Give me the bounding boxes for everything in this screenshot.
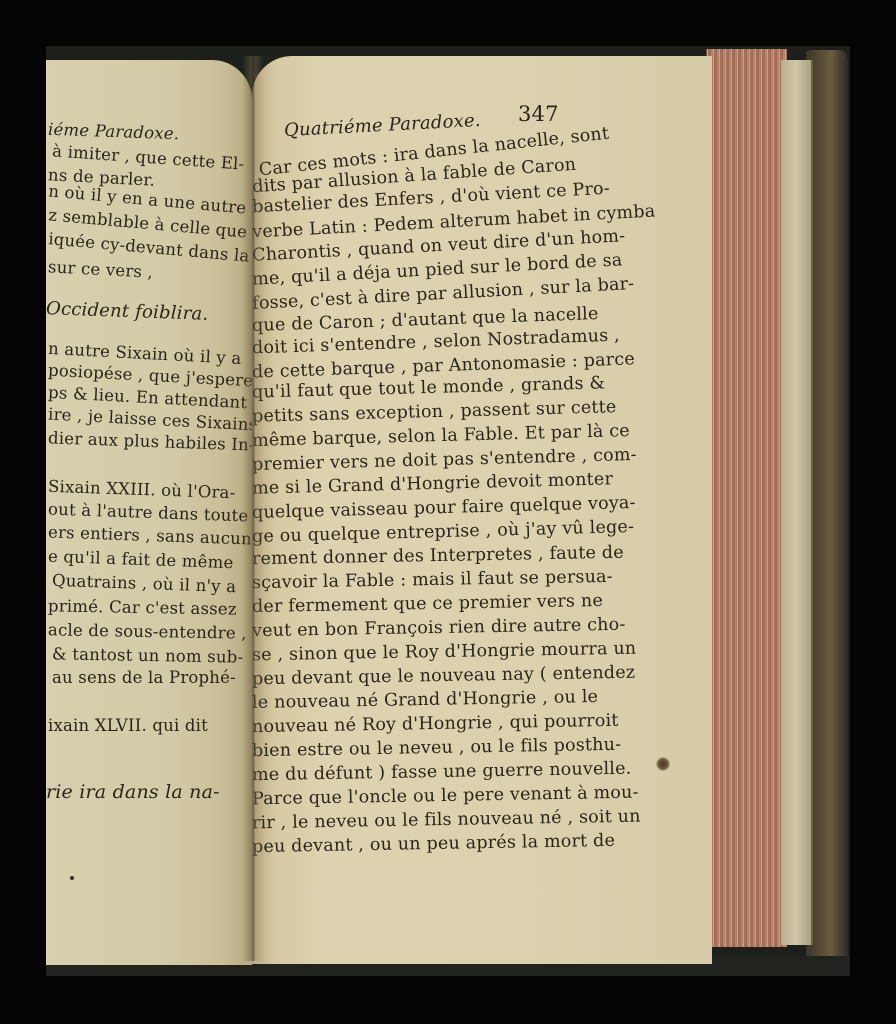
right-line: me du défunt ) fasse une guerre nouvelle… <box>252 759 632 786</box>
red-sprinkled-page-edges <box>706 49 787 947</box>
right-line: der fermement que ce premier vers ne <box>252 591 603 617</box>
endpaper-flyleaf <box>781 60 813 945</box>
right-line: nouveau né Roy d'Hongrie , qui pourroit <box>252 711 619 737</box>
right-line: peu devant que le nouveau nay ( entendez <box>252 663 636 690</box>
right-line: rir , le neveu ou le fils nouveau né , s… <box>252 807 641 834</box>
photo-frame: iéme Paradoxe. à imiter , que cette El- … <box>46 46 850 976</box>
right-line: le nouveau né Grand d'Hongrie , ou le <box>252 687 598 713</box>
left-verse-quote: rie ira dans la na- <box>46 782 220 802</box>
left-line: acle de sous-entendre , <box>48 620 247 643</box>
left-line: out à l'autre dans toute <box>48 500 249 527</box>
right-line: veut en bon François rien dire autre cho… <box>252 615 626 642</box>
left-line: e qu'il a fait de même <box>48 547 234 573</box>
left-line: sur ce vers , <box>48 257 154 282</box>
right-running-head: Quatriéme Paradoxe. <box>284 111 482 141</box>
left-verse-heading: Occident foiblira. <box>46 299 209 325</box>
right-page: Quatriéme Paradoxe. 347 Car ces mots : i… <box>252 56 712 964</box>
left-line: au sens de la Prophé- <box>52 668 236 688</box>
left-line: Sixain XXIII. où l'Ora- <box>48 477 236 504</box>
right-line: rement donner des Interpretes , faute de <box>252 543 624 569</box>
book-gutter <box>242 56 264 961</box>
page-number: 347 <box>518 104 559 124</box>
left-line: & tantost un nom sub- <box>52 644 244 667</box>
right-line: peu devant , ou un peu aprés la mort de <box>252 831 615 857</box>
left-line: ers entiers , sans aucun <box>48 522 252 549</box>
right-line: se , sinon que le Roy d'Hongrie mourra u… <box>252 639 637 666</box>
left-line: ixain XLVII. qui dit <box>48 716 208 736</box>
left-line: primé. Car c'est assez <box>48 596 237 619</box>
right-line: bien estre ou le neveu , ou le fils post… <box>252 735 622 761</box>
right-line: sçavoir la Fable : mais il faut se persu… <box>252 567 613 593</box>
left-page: iéme Paradoxe. à imiter , que cette El- … <box>46 60 252 965</box>
left-line: Quatrains , où il n'y a <box>52 571 237 597</box>
paper-speck <box>70 876 74 880</box>
left-running-head: iéme Paradoxe. <box>48 120 180 145</box>
foxing-spot <box>656 757 670 771</box>
right-line: Parce que l'oncle ou le pere venant à mo… <box>252 783 639 810</box>
